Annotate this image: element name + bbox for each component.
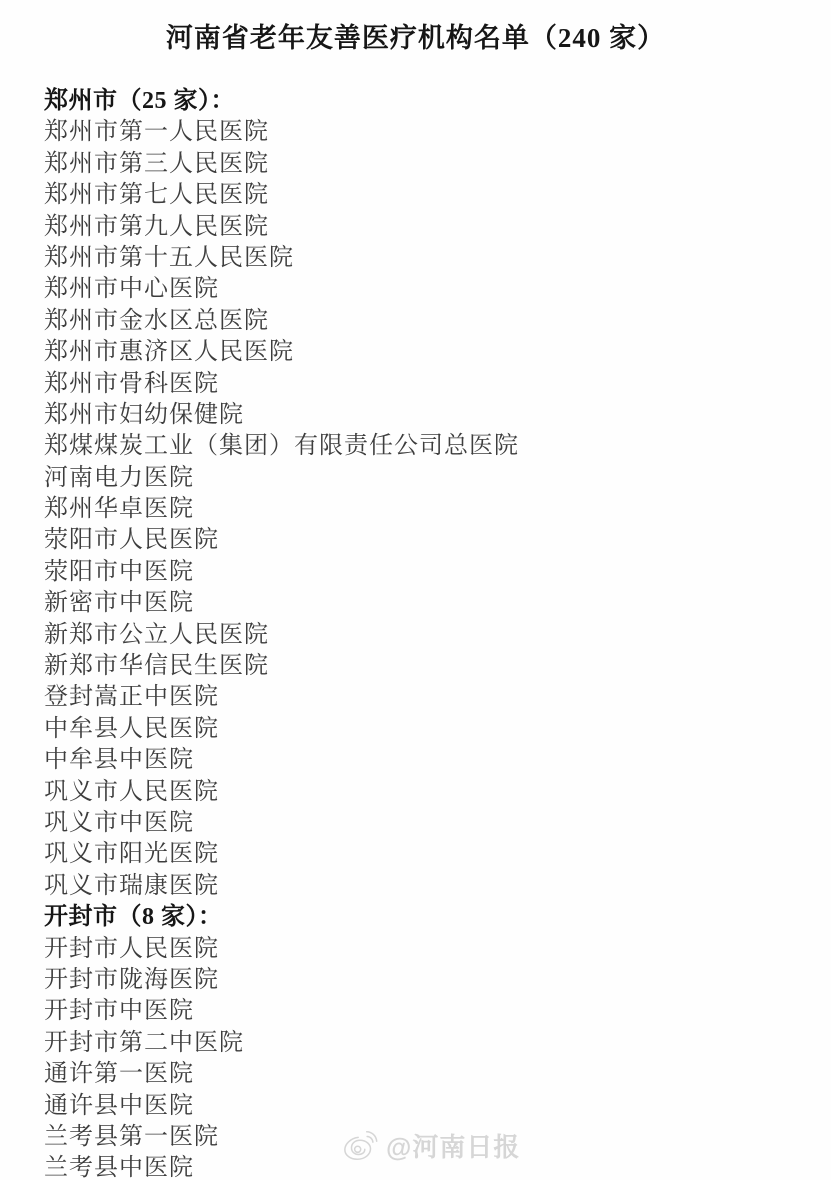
hospital-item: 新郑市公立人民医院: [44, 620, 811, 651]
hospital-item: 郑煤煤炭工业（集团）有限责任公司总医院: [44, 431, 811, 462]
hospital-list: 郑州市（25 家）：郑州市第一人民医院郑州市第三人民医院郑州市第七人民医院郑州市…: [44, 86, 811, 1180]
hospital-item: 开封市第二中医院: [44, 1028, 811, 1059]
section-header: 郑州市（25 家）：: [44, 86, 811, 117]
hospital-item: 开封市陇海医院: [44, 965, 811, 996]
hospital-item: 新密市中医院: [44, 588, 811, 619]
hospital-item: 开封市人民医院: [44, 934, 811, 965]
hospital-item: 通许第一医院: [44, 1059, 811, 1090]
hospital-item: 巩义市瑞康医院: [44, 871, 811, 902]
hospital-item: 郑州市妇幼保健院: [44, 400, 811, 431]
hospital-item: 登封嵩正中医院: [44, 682, 811, 713]
hospital-item: 新郑市华信民生医院: [44, 651, 811, 682]
hospital-item: 郑州市第七人民医院: [44, 180, 811, 211]
hospital-item: 巩义市中医院: [44, 808, 811, 839]
section-header: 开封市（8 家）：: [44, 902, 811, 933]
hospital-item: 郑州市金水区总医院: [44, 306, 811, 337]
hospital-item: 郑州市第三人民医院: [44, 149, 811, 180]
hospital-item: 郑州市第一人民医院: [44, 117, 811, 148]
hospital-item: 郑州市第九人民医院: [44, 212, 811, 243]
hospital-item: 郑州华卓医院: [44, 494, 811, 525]
watermark: @河南日报: [342, 1126, 520, 1164]
page-title: 河南省老年友善医疗机构名单（240 家）: [0, 16, 831, 55]
hospital-item: 中牟县中医院: [44, 745, 811, 776]
hospital-item: 巩义市阳光医院: [44, 839, 811, 870]
hospital-item: 郑州市惠济区人民医院: [44, 337, 811, 368]
hospital-item: 中牟县人民医院: [44, 714, 811, 745]
hospital-item: 荥阳市中医院: [44, 557, 811, 588]
hospital-item: 巩义市人民医院: [44, 777, 811, 808]
hospital-item: 郑州市第十五人民医院: [44, 243, 811, 274]
hospital-item: 郑州市中心医院: [44, 274, 811, 305]
hospital-item: 荥阳市人民医院: [44, 525, 811, 556]
weibo-icon: [342, 1126, 380, 1164]
watermark-text: @河南日报: [386, 1127, 520, 1164]
hospital-item: 开封市中医院: [44, 996, 811, 1027]
hospital-item: 郑州市骨科医院: [44, 369, 811, 400]
hospital-item: 河南电力医院: [44, 463, 811, 494]
hospital-item: 通许县中医院: [44, 1091, 811, 1122]
